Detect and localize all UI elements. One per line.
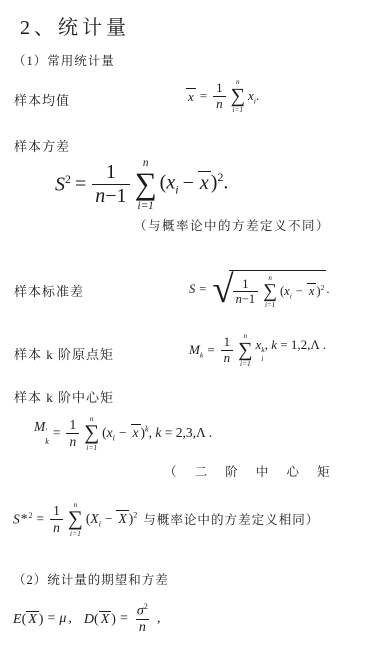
page-title: 2、统计量 [20,11,130,40]
var-sigma: σ [137,604,144,619]
label-sample-mean: 样本均值 [14,90,70,109]
minus-one: −1 [242,292,255,306]
sstar-body: (Xi−X)2 [86,510,137,529]
sum-lower-limit: i=1 [137,199,153,213]
var-E: E [13,612,22,627]
variance-lhs: D(X) [84,611,116,628]
label-sample-std: 样本标准差 [14,281,84,300]
section-1-heading: （1）常用统计量 [13,51,115,69]
exponent-2: 2 [29,511,33,520]
var-S: S [55,174,65,196]
equals-sign: = [207,342,214,358]
mu-comma: μ, [59,611,72,627]
numerator: 1 [50,503,63,518]
sigma-symbol: ∑ [135,170,157,199]
overbar-x: x [198,171,211,194]
var-k: k [200,350,203,359]
minus-one: −1 [105,185,126,207]
sigma-symbol: ∑ [238,341,252,360]
formula-sample-variance: S2 = 1 n−1 n ∑ i=1 (xi−x)2. [55,156,228,213]
mk-lhs: Mk [189,342,203,360]
numerator: 1 [239,277,251,291]
denominator: n−1 [233,291,259,306]
var-S: S [189,282,195,296]
var-i: i [99,519,101,528]
denominator: n−1 [92,184,129,207]
formula-central-moment: M′k = 1 n n ∑ i=1 (xi−x)k, k = 2,3,Λ . [34,414,212,452]
equals-sign: = [37,511,45,527]
var-X: X [101,612,110,627]
summation: n ∑ i=1 [231,78,245,115]
prime-mark: ′ [45,427,47,437]
sub-sup-stack: ′k [45,427,49,446]
radicand: 1 n−1 n ∑ i=1 (xi−x)2 [229,270,327,309]
var-X: X [90,511,98,526]
summation: n ∑ i=1 [238,332,252,369]
section-2-heading: （2）统计量的期望和方差 [13,570,169,588]
var-x: x [166,172,175,194]
subscript-i: i [290,291,292,300]
exponent-2: 2 [144,602,148,611]
var-n: n [139,620,146,635]
sum-lower-limit: i=1 [265,301,275,310]
var-M: M [34,419,45,434]
var-S: S [13,511,20,526]
formula-s-star: S*2 = 1 n n ∑ i=1 (Xi−X)2 与概率论中的方差定义相同） [13,500,319,538]
fraction: 1 n [66,417,79,448]
subscript-k: k [200,350,203,359]
subscript-i: i [261,354,263,363]
minus-sign: − [183,172,194,194]
var-n: n [53,520,60,535]
overbar-X: X [26,611,39,628]
exponent-2: 2 [321,283,325,292]
period: . [223,172,228,194]
numerator: 1 [213,81,226,96]
formula-sample-mean: x = 1 n n ∑ i=1 xi. [186,78,259,115]
var-i: i [113,433,115,442]
mck-body: (xi−x)k, k = 2,3,Λ . [102,424,212,443]
exponent-2: 2 [133,510,137,519]
overbar-X: X [99,611,112,628]
var-X: X [118,511,126,526]
fraction: 1 n−1 [92,161,129,207]
subscript-i: i [175,183,178,197]
var-n: n [216,96,223,111]
var-x: x [188,89,194,104]
var-D: D [84,612,94,627]
label-sample-variance: 样本方差 [14,136,70,155]
variance-body: (xi−x)2. [160,170,229,198]
sum-lower-limit: i=1 [233,106,244,115]
label-central-moment: 样本 k 阶中心矩 [14,387,114,406]
square-root: √ 1 n−1 n ∑ i=1 (xi−x)2 [212,270,326,309]
formula-sample-std: S = √ 1 n−1 n ∑ i=1 (xi−x)2 . [189,270,329,309]
note-second-central-moment: （ 二 阶 中 心 矩 [164,462,330,480]
var-i: i [175,183,178,197]
mean-body: xi. [248,88,259,106]
period: . [256,88,259,103]
equals-sign: = [200,88,207,104]
summation: n ∑ i=1 [263,274,277,309]
numerator: 1 [103,161,119,183]
fraction: 1 n [50,503,63,534]
note-variance-same: 与概率论中的方差定义相同） [143,510,319,528]
denominator: n [66,433,79,449]
var-x: x [133,425,139,440]
var-i: i [290,291,292,300]
mck-lhs: M′k [34,419,49,446]
var-n: n [224,350,231,365]
comma: , [157,611,161,627]
period: . [326,282,329,297]
sigma-symbol: ∑ [263,283,277,301]
overbar-x: x [186,88,196,104]
rparen: ) [39,612,44,627]
sstar-lhs: S*2 [13,511,33,528]
equals-sign: = [53,425,61,441]
label-origin-moment: 样本 k 阶原点矩 [14,344,114,363]
fraction: 1 n−1 [233,277,259,306]
overbar-x: x [131,424,141,440]
sigma-symbol: ∑ [68,509,83,528]
sigma-symbol: ∑ [84,423,99,442]
sum-lower-limit: i=1 [70,529,81,538]
note-variance-different: （与概率论中的方差定义不同） [134,216,330,234]
minus-sign: − [105,511,113,526]
var-X: X [28,612,37,627]
overbar-x: x [307,283,317,298]
summation: n ∑ i=1 [135,156,157,213]
sum-lower-limit: i=1 [240,360,251,369]
variance-lhs: S2 [55,172,71,197]
var-x: x [309,284,315,298]
subscript-k: k [45,437,49,447]
numerator: σ2 [134,602,151,619]
equals-sign: = [199,282,206,297]
equals-sign: = [75,173,86,196]
var-mu: μ [59,611,66,626]
exponent-2: 2 [65,172,71,186]
equals-sign: = [47,611,55,627]
numerator: 1 [221,335,234,350]
summation: n ∑ i=1 [84,414,99,452]
fraction: 1 n [221,335,234,365]
denominator: n [221,350,234,366]
std-body: (xi−x)2 [280,283,324,301]
sum-lower-limit: i=1 [86,443,97,452]
var-x: x [200,172,209,194]
index-range: = 1,2,Λ . [277,337,326,352]
var-n: n [69,434,76,449]
equals-sign: = [120,611,128,627]
sigma-symbol: ∑ [231,87,245,106]
asterisk: * [21,511,28,526]
mean-lhs: x [186,88,196,105]
overbar-X: X [116,510,128,526]
subscript-i: i [113,433,115,442]
denominator: n [136,619,149,636]
expectation-lhs: E(X) [13,611,43,628]
fraction: σ2 n [134,602,151,636]
minus-sign: − [119,425,127,440]
fraction: 1 n [213,81,226,111]
var-M: M [189,342,200,357]
numerator: 1 [66,417,79,432]
std-lhs: S [189,282,195,297]
rparen: ) [111,612,116,627]
comma: , [68,611,72,626]
minus-sign: − [296,284,303,298]
subscript-i: i [99,519,101,528]
index-range: = 2,3,Λ . [161,425,212,440]
denominator: n [50,519,63,535]
formula-origin-moment: Mk = 1 n n ∑ i=1 xki, k = 1,2,Λ . [189,332,326,369]
summation: n ∑ i=1 [68,500,83,538]
formula-expectation-variance: E(X) = μ, D(X) = σ2 n , [13,602,160,636]
var-n: n [95,185,105,207]
denominator: n [213,96,226,112]
mk-body: xki, k = 1,2,Λ . [256,337,326,363]
